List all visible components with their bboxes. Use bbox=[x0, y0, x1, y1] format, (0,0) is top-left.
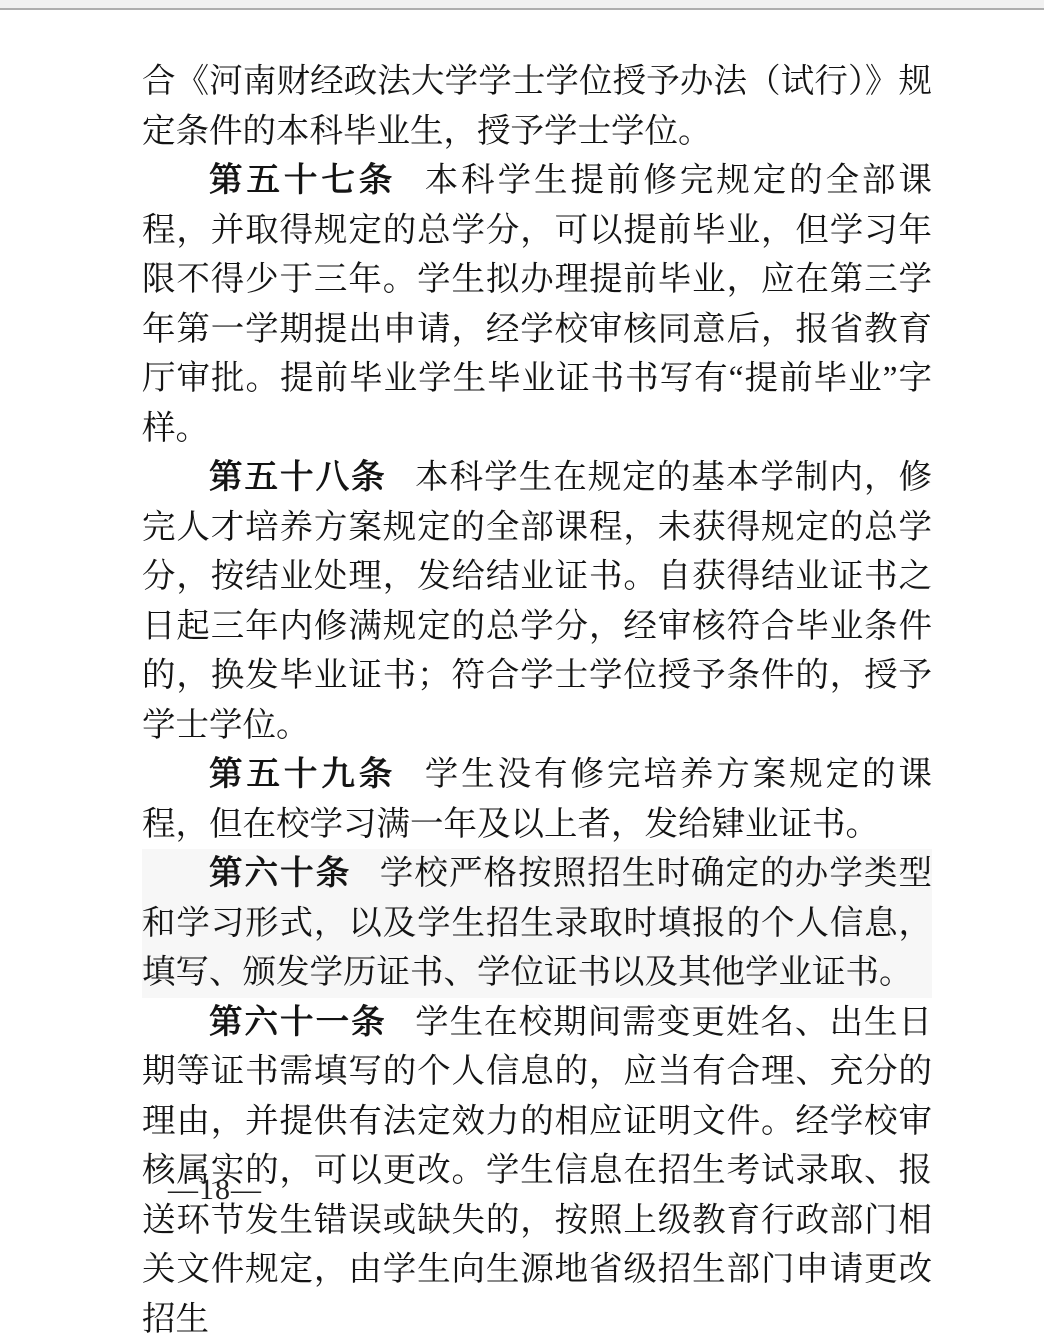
article-heading: 第六十条 bbox=[209, 855, 351, 892]
paragraph-text: 合《河南财经政法大学学士学位授予办法（试行）》规定条件的本科毕业生，授予学士学位… bbox=[142, 63, 932, 150]
article-heading: 第五十七条 bbox=[209, 162, 396, 199]
article-heading: 第五十八条 bbox=[209, 459, 387, 496]
document-content: 合《河南财经政法大学学士学位授予办法（试行）》规定条件的本科毕业生，授予学士学位… bbox=[142, 57, 932, 1339]
scan-edge-top bbox=[0, 0, 1044, 10]
paragraph-article-60: 第六十条学校严格按照招生时确定的办学类型和学习形式，以及学生招生录取时填报的个人… bbox=[142, 849, 932, 998]
page-number: —18— bbox=[168, 1173, 262, 1207]
paragraph-text: 本科学生提前修完规定的全部课程，并取得规定的总学分，可以提前毕业，但学习年限不得… bbox=[142, 162, 932, 447]
paragraph-article-58: 第五十八条本科学生在规定的基本学制内，修完人才培养方案规定的全部课程，未获得规定… bbox=[142, 453, 932, 750]
paragraph-article-61: 第六十一条学生在校期间需变更姓名、出生日期等证书需填写的个人信息的，应当有合理、… bbox=[142, 998, 932, 1339]
article-heading: 第六十一条 bbox=[209, 1004, 387, 1041]
paragraph-continuation: 合《河南财经政法大学学士学位授予办法（试行）》规定条件的本科毕业生，授予学士学位… bbox=[142, 57, 932, 156]
paragraph-text: 本科学生在规定的基本学制内，修完人才培养方案规定的全部课程，未获得规定的总学分，… bbox=[142, 459, 932, 744]
document-page: 合《河南财经政法大学学士学位授予办法（试行）》规定条件的本科毕业生，授予学士学位… bbox=[0, 0, 1044, 1339]
paragraph-article-59: 第五十九条学生没有修完培养方案规定的课程，但在校学习满一年及以上者，发给肄业证书… bbox=[142, 750, 932, 849]
paragraph-article-57: 第五十七条本科学生提前修完规定的全部课程，并取得规定的总学分，可以提前毕业，但学… bbox=[142, 156, 932, 453]
article-heading: 第五十九条 bbox=[209, 756, 396, 793]
paragraph-text: 学生在校期间需变更姓名、出生日期等证书需填写的个人信息的，应当有合理、充分的理由… bbox=[142, 1004, 932, 1338]
